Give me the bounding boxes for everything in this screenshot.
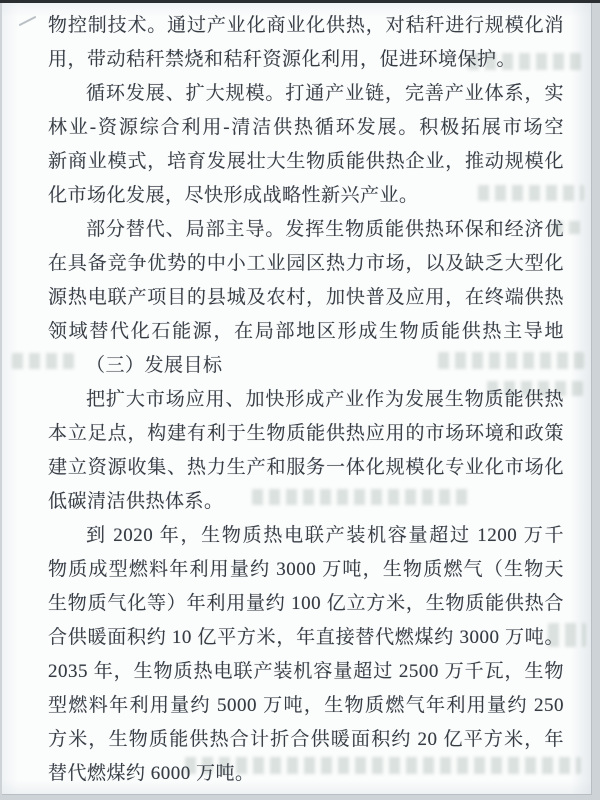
document-line: 替代燃煤约 6000 万吨。 — [48, 757, 564, 791]
document-line: 化市场化发展，尽快形成战略性新兴产业。 — [48, 179, 564, 213]
document-page: 物控制技术。通过产业化商业化供热，对秸秆进行规模化消纳利 用，带动秸秆禁烧和秸秆… — [2, 3, 592, 795]
document-line: 源热电联产项目的县城及农村，加快普及应用，在终端供热消费 — [48, 281, 564, 315]
document-line: 型燃料年利用量约 5000 万吨，生物质燃气年利用量约 250 亿立 — [48, 689, 564, 723]
scanned-document-page: { "page": { "colors": { "paper": "#fbfcf… — [0, 0, 600, 800]
document-line: 方米，生物质能供热合计折合供暖面积约 20 亿平方米，年直接 — [48, 723, 564, 757]
document-line: 本立足点，构建有利于生物质能供热应用的市场环境和政策环境， — [48, 417, 564, 451]
document-line: 循环发展、扩大规模。打通产业链，完善产业体系，实现农 — [48, 77, 564, 111]
document-line: 林业-资源综合利用-清洁供热循环发展。积极拓展市场空间，创 — [48, 111, 564, 145]
document-body: 物控制技术。通过产业化商业化供热，对秸秆进行规模化消纳利 用，带动秸秆禁烧和秸秆… — [48, 9, 564, 791]
document-line: 把扩大市场应用、加快形成产业作为发展生物质能供热的基 — [48, 383, 564, 417]
document-line: 2035 年，生物质热电联产装机容量超过 2500 万千瓦，生物质成 — [48, 655, 564, 689]
document-line: 生物质气化等）年利用量约 100 亿立方米，生物质能供热合计折 — [48, 587, 564, 621]
document-line: 物质成型燃料年利用量约 3000 万吨，生物质燃气（生物天然气、 — [48, 553, 564, 587]
document-line: 低碳清洁供热体系。 — [48, 485, 564, 519]
document-line: 新商业模式，培育发展壮大生物质能供热企业，推动规模化专业 — [48, 145, 564, 179]
document-line: 在具备竞争优势的中小工业园区热力市场，以及缺乏大型化石能 — [48, 247, 564, 281]
document-line: 合供暖面积约 10 亿平方米，年直接替代燃煤约 3000 万吨。到 — [48, 621, 564, 655]
document-line: 建立资源收集、热力生产和服务一体化规模化专业化市场化绿色 — [48, 451, 564, 485]
document-line: 领域替代化石能源，在局部地区形成生物质能供热主导地位。 — [48, 315, 564, 349]
document-line: 部分替代、局部主导。发挥生物质能供热环保和经济优势， — [48, 213, 564, 247]
document-line: 用，带动秸秆禁烧和秸秆资源化利用，促进环境保护。 — [48, 43, 564, 77]
scan-edge-top — [0, 0, 600, 3]
document-line: 到 2020 年，生物质热电联产装机容量超过 1200 万千瓦，生 — [48, 519, 564, 553]
document-line: 物控制技术。通过产业化商业化供热，对秸秆进行规模化消纳利 — [48, 9, 564, 43]
pencil-mark — [19, 16, 37, 26]
document-section-heading: （三）发展目标 — [48, 349, 564, 383]
